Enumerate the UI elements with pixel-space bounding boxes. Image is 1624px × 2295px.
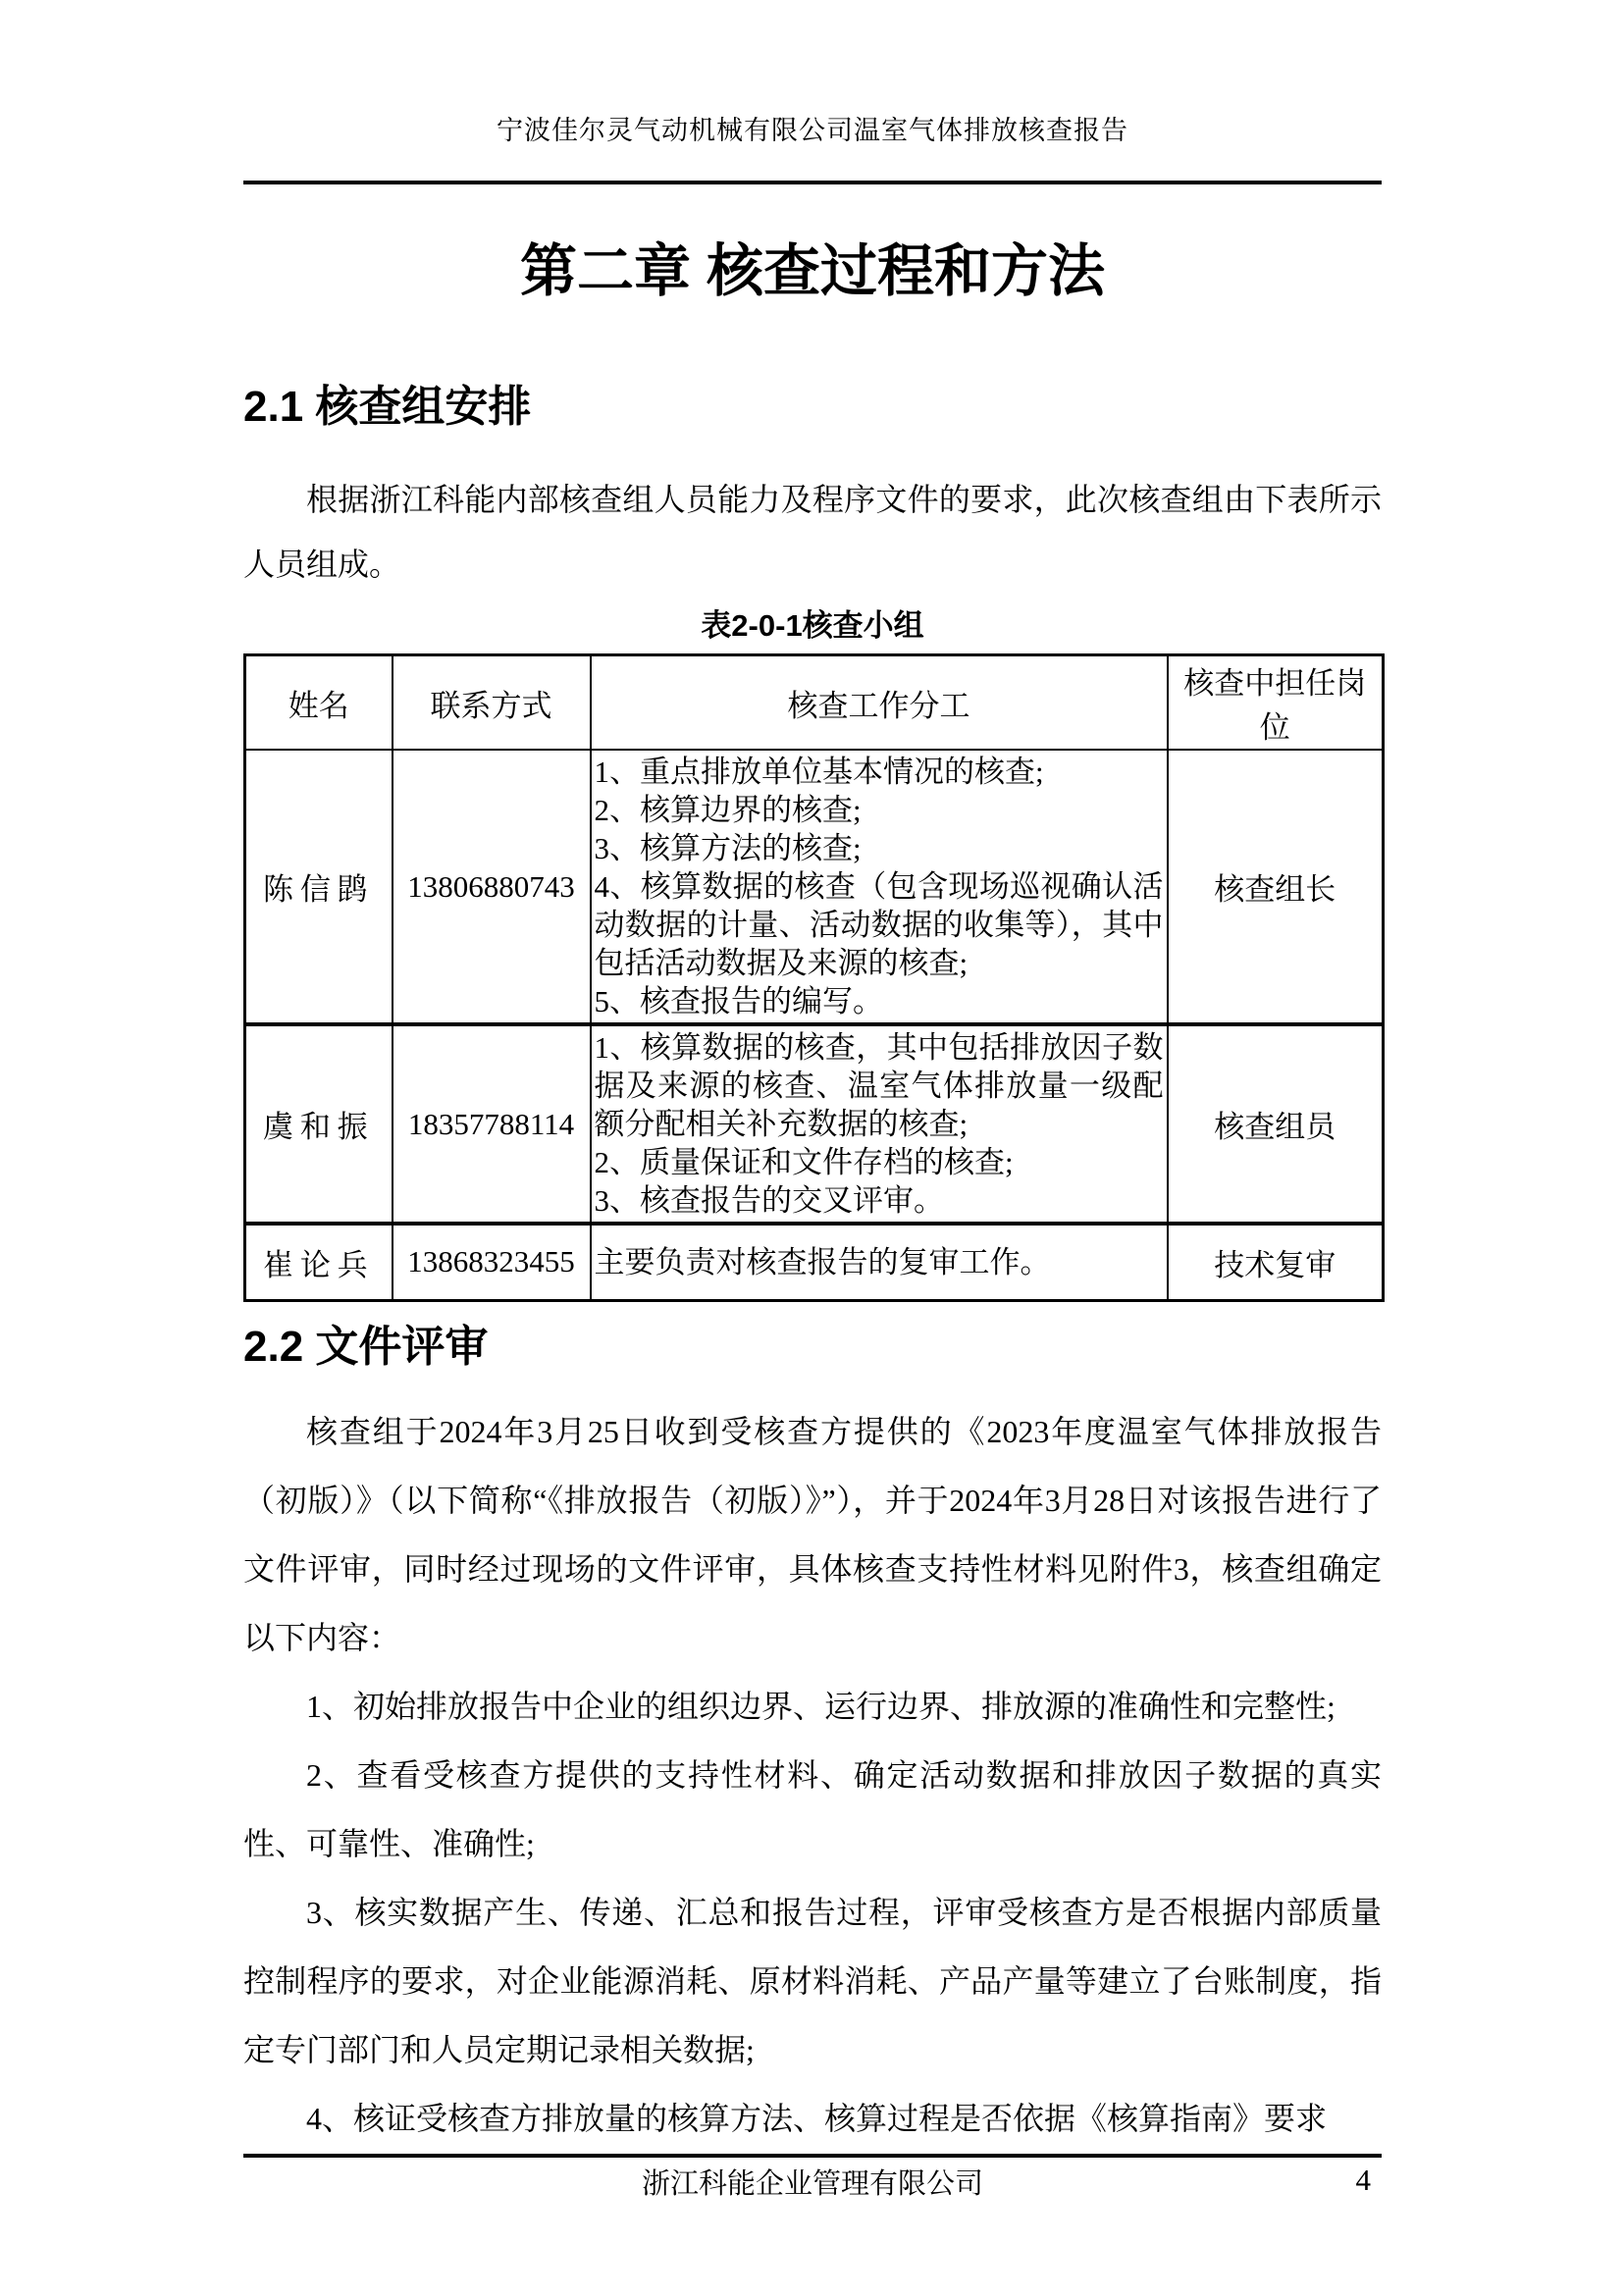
paragraph: 4、核证受核查方排放量的核算方法、核算过程是否依据《核算指南》要求: [243, 2084, 1382, 2153]
member-name: 崔论兵: [245, 1224, 393, 1300]
footer-rule: [243, 2154, 1382, 2158]
paragraph: 2、查看受核查方提供的支持性材料、确定活动数据和排放因子数据的真实性、可靠性、准…: [243, 1741, 1382, 1878]
paragraph: 3、核实数据产生、传递、汇总和报告过程，评审受核查方是否根据内部质量控制程序的要…: [243, 1878, 1382, 2084]
member-role: 核查组长: [1168, 750, 1384, 1024]
duty-item: 2、核算边界的核查;: [595, 791, 1164, 829]
table-caption: 表2-0-1核查小组: [243, 606, 1382, 646]
member-name: 虞和振: [245, 1024, 393, 1224]
table-row: 崔论兵 13868323455 主要负责对核查报告的复审工作。 技术复审: [245, 1224, 1384, 1300]
duty-item: 1、核算数据的核查，其中包括排放因子数据及来源的核查、温室气体排放量一级配额分配…: [595, 1028, 1164, 1143]
duty-item: 3、核算方法的核查;: [595, 829, 1164, 867]
duty-item: 4、核算数据的核查（包含现场巡视确认活动数据的计量、活动数据的收集等），其中包括…: [595, 867, 1164, 982]
member-phone: 13806880743: [393, 750, 591, 1024]
section-heading-2-2: 2.2 文件评审: [243, 1322, 1382, 1373]
section-heading-2-1: 2.1 核查组安排: [243, 382, 1382, 433]
member-phone: 18357788114: [393, 1024, 591, 1224]
member-duties: 1、核算数据的核查，其中包括排放因子数据及来源的核查、温室气体排放量一级配额分配…: [591, 1024, 1168, 1224]
table-row: 虞和振 18357788114 1、核算数据的核查，其中包括排放因子数据及来源的…: [245, 1024, 1384, 1224]
table-row: 陈信鹍 13806880743 1、重点排放单位基本情况的核查; 2、核算边界的…: [245, 750, 1384, 1024]
chapter-title: 第二章 核查过程和方法: [243, 236, 1382, 307]
paragraph: 核查组于2024年3月25日收到受核查方提供的《2023年度温室气体排放报告（初…: [243, 1397, 1382, 1672]
col-header-role: 核查中担任岗位: [1168, 655, 1384, 751]
duty-item: 5、核查报告的编写。: [595, 982, 1164, 1020]
footer-page-number: 4: [1356, 2162, 1372, 2199]
footer-company: 浙江科能企业管理有限公司: [243, 2165, 1382, 2203]
page-content: 宁波佳尔灵气动机械有限公司温室气体排放核查报告 第二章 核查过程和方法 2.1 …: [0, 0, 1624, 2153]
table-header-row: 姓名 联系方式 核查工作分工 核查中担任岗位: [245, 655, 1384, 751]
running-header: 宁波佳尔灵气动机械有限公司温室气体排放核查报告: [243, 0, 1382, 147]
document-page: 宁波佳尔灵气动机械有限公司温室气体排放核查报告 第二章 核查过程和方法 2.1 …: [0, 0, 1624, 2295]
col-header-phone: 联系方式: [393, 655, 591, 751]
member-phone: 13868323455: [393, 1224, 591, 1300]
header-rule: [243, 181, 1382, 184]
duty-item: 主要负责对核查报告的复审工作。: [595, 1243, 1164, 1281]
member-role: 核查组员: [1168, 1024, 1384, 1224]
member-name: 陈信鹍: [245, 750, 393, 1024]
section-2-2-paragraphs: 核查组于2024年3月25日收到受核查方提供的《2023年度温室气体排放报告（初…: [243, 1397, 1382, 2153]
duty-item: 1、重点排放单位基本情况的核查;: [595, 753, 1164, 791]
section-2-1-paragraph: 根据浙江科能内部核查组人员能力及程序文件的要求，此次核查组由下表所示人员组成。: [243, 467, 1382, 597]
member-duties: 主要负责对核查报告的复审工作。: [591, 1224, 1168, 1300]
member-duties: 1、重点排放单位基本情况的核查; 2、核算边界的核查; 3、核算方法的核查; 4…: [591, 750, 1168, 1024]
member-role: 技术复审: [1168, 1224, 1384, 1300]
duty-item: 2、质量保证和文件存档的核查;: [595, 1143, 1164, 1181]
duty-item: 3、核查报告的交叉评审。: [595, 1181, 1164, 1220]
col-header-name: 姓名: [245, 655, 393, 751]
col-header-duty: 核查工作分工: [591, 655, 1168, 751]
paragraph: 1、初始排放报告中企业的组织边界、运行边界、排放源的准确性和完整性;: [243, 1672, 1382, 1741]
review-team-table: 姓名 联系方式 核查工作分工 核查中担任岗位 陈信鹍 13806880743 1…: [243, 653, 1385, 1302]
